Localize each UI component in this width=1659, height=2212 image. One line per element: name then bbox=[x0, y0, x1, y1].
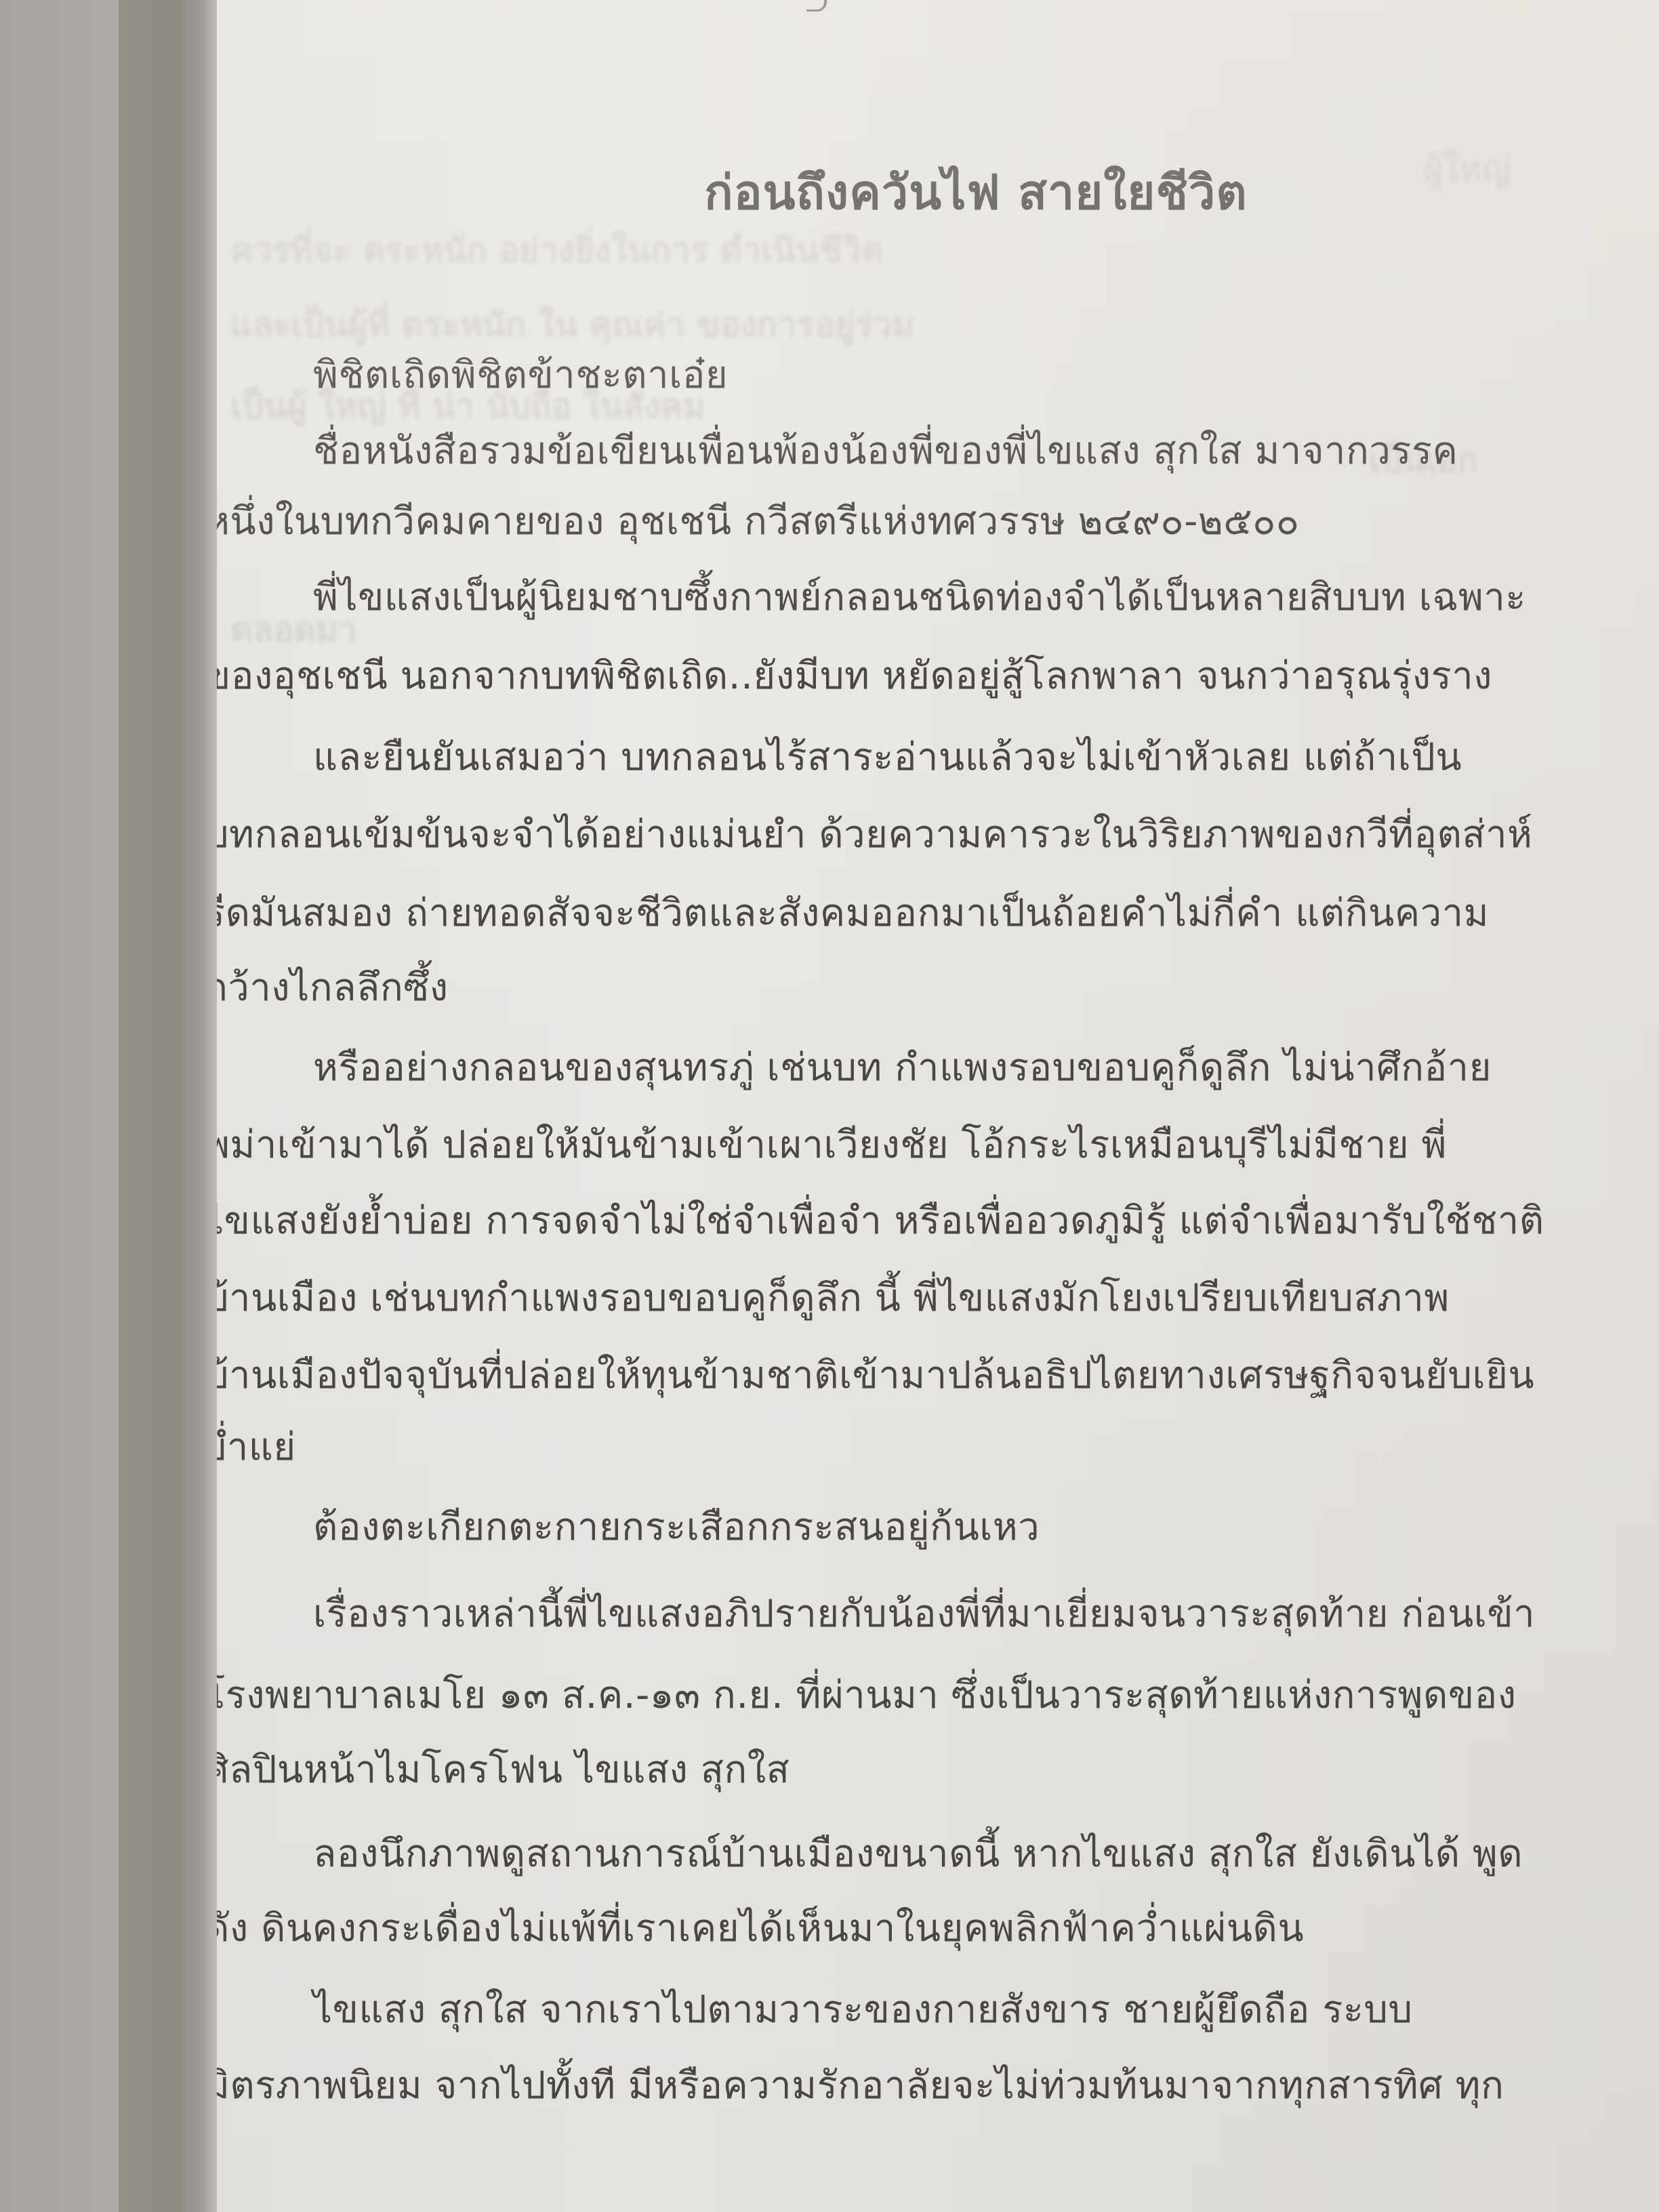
page-title: ก่อนถึงควันไฟ สายใยชีวิต bbox=[535, 155, 1416, 230]
adjacent-page-edge bbox=[0, 0, 119, 2212]
text-line: หนึ่งในบทกวีคมคายของ อุชเชนี กวีสตรีแห่ง… bbox=[217, 491, 1299, 551]
text-line: ดัง ดินคงกระเดื่องไม่แพ้ที่เราเคยได้เห็น… bbox=[217, 1898, 1304, 1958]
text-line: พี่ไขแสงเป็นผู้นิยมชาบซึ้งกาพย์กลอนชนิดท… bbox=[313, 567, 1526, 627]
book-spine-shadow bbox=[119, 0, 220, 2212]
text-line: ศิลปินหน้าไมโครโฟน ไขแสง สุกใส bbox=[217, 1739, 790, 1799]
text-line: กว้างไกลลึกซึ้ง bbox=[217, 957, 449, 1017]
show-through-text: ผู้ใหญ่ bbox=[1423, 142, 1511, 196]
text-line: พิชิตเถิดพิชิตข้าชะตาเอ๋ย bbox=[313, 344, 728, 405]
text-line: เรื่องราวเหล่านี้พี่ไขแสงอภิปรายกับน้องพ… bbox=[313, 1583, 1535, 1643]
text-line: บ้านเมืองปัจจุบันที่ปล่อยให้ทุนข้ามชาติเ… bbox=[217, 1345, 1534, 1405]
text-line: พม่าเข้ามาได้ ปล่อยให้มันข้ามเข้าเผาเวีย… bbox=[217, 1114, 1447, 1174]
text-line: โรงพยาบาลเมโย ๑๓ ส.ค.-๑๓ ก.ย. ที่ผ่านมา … bbox=[217, 1664, 1517, 1725]
text-line: ไขแสงยังย้ำบ่อย การจดจำไม่ใช่จำเพื่อจำ ห… bbox=[217, 1190, 1544, 1250]
text-line: มิตรภาพนิยม จากไปทั้งที มีหรือความรักอาล… bbox=[217, 2055, 1504, 2115]
book-page: ผู้ใหญ่ ควรที่จะ ตระหนัก อย่างยิ่งในการ … bbox=[217, 0, 1659, 2212]
text-line: ไขแสง สุกใส จากเราไปตามวาระของกายสังขาร … bbox=[313, 1979, 1412, 2039]
text-line: หรืออย่างกลอนของสุนทรภู่ เช่นบท กำแพงรอบ… bbox=[313, 1037, 1492, 1097]
text-line: ของอุชเชนี นอกจากบทพิชิตเถิด..ยังมีบท หย… bbox=[217, 645, 1492, 705]
text-line: ลองนึกภาพดูสถานการณ์บ้านเมืองขนาดนี้ หาก… bbox=[313, 1823, 1523, 1883]
text-line: บทกลอนเข้มข้นจะจำได้อย่างแม่นยำ ด้วยความ… bbox=[217, 804, 1532, 864]
text-line: บ้านเมือง เช่นบทกำแพงรอบขอบคูก็ดูลึก นี้… bbox=[217, 1267, 1450, 1328]
text-line: ย่ำแย่ bbox=[217, 1416, 296, 1477]
text-line: ชื่อหนังสือรวมข้อเขียนเพื่อนพ้องน้องพี่ข… bbox=[313, 420, 1458, 480]
ink-mark bbox=[806, 0, 827, 12]
text-line: รีดมันสมอง ถ่ายทอดสัจจะชีวิตและสังคมออกม… bbox=[217, 882, 1489, 943]
text-line: ต้องตะเกียกตะกายกระเสือกกระสนอยู่ก้นเหว bbox=[313, 1496, 1040, 1557]
text-line: และยืนยันเสมอว่า บทกลอนไร้สาระอ่านแล้วจะ… bbox=[313, 726, 1462, 787]
show-through-text: ควรที่จะ ตระหนัก อย่างยิ่งในการ ดำเนินชี… bbox=[230, 224, 883, 277]
